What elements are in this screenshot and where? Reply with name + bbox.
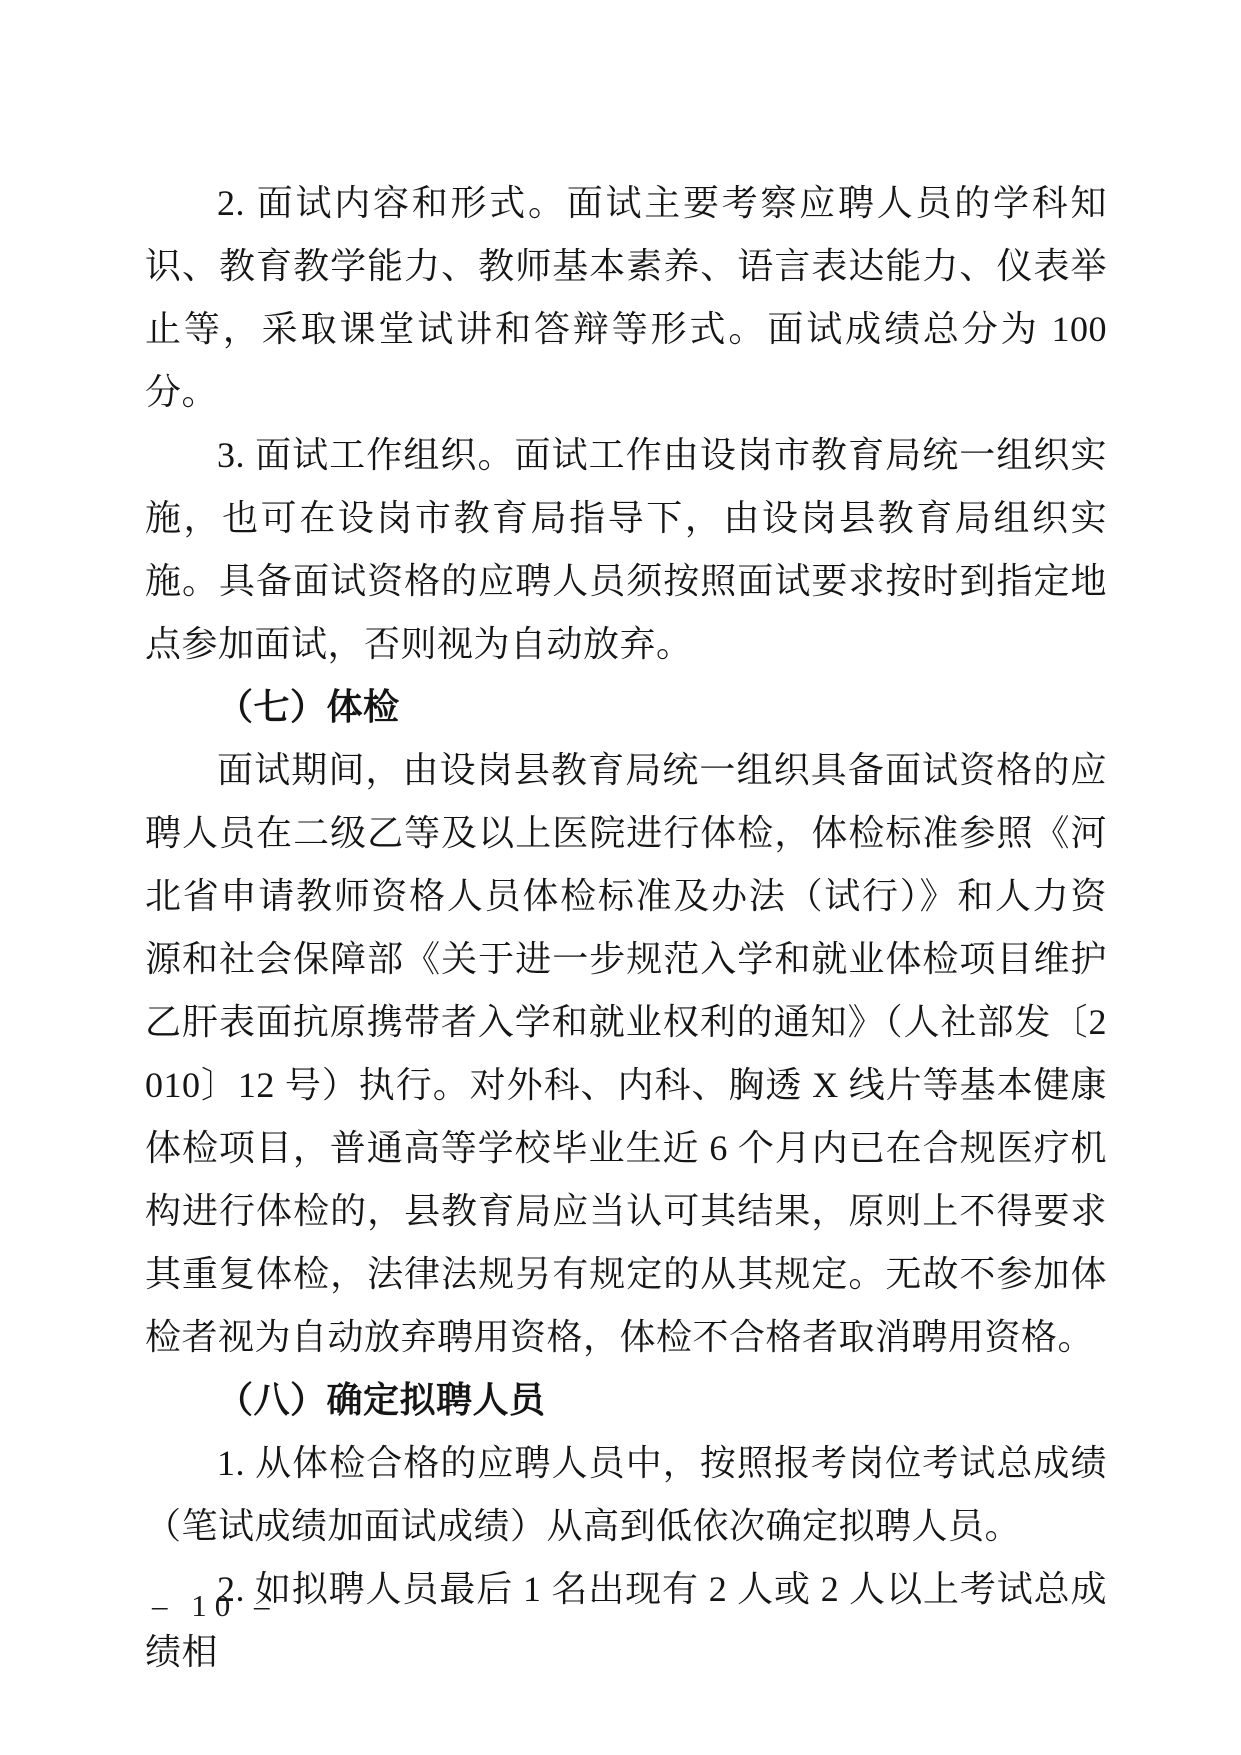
page-number: – 10 – [152, 1588, 278, 1624]
paragraph-physical-exam: 面试期间，由设岗县教育局统一组织具备面试资格的应聘人员在二级乙等及以上医院进行体… [145, 739, 1107, 1369]
paragraph-candidate-ranking: 1. 从体检合格的应聘人员中，按照报考岗位考试总成绩（笔试成绩加面试成绩）从高到… [145, 1432, 1107, 1558]
paragraph-interview-organization: 3. 面试工作组织。面试工作由设岗市教育局统一组织实施，也可在设岗市教育局指导下… [145, 424, 1107, 676]
section-heading-candidate-determination: （八）确定拟聘人员 [145, 1369, 1107, 1432]
document-page: 2. 面试内容和形式。面试主要考察应聘人员的学科知识、教育教学能力、教师基本素养… [0, 0, 1241, 1755]
document-body: 2. 面试内容和形式。面试主要考察应聘人员的学科知识、教育教学能力、教师基本素养… [145, 172, 1107, 1684]
section-heading-physical-exam: （七）体检 [145, 676, 1107, 739]
paragraph-tie-break: 2. 如拟聘人员最后 1 名出现有 2 人或 2 人以上考试总成绩相 [145, 1558, 1107, 1684]
paragraph-interview-content: 2. 面试内容和形式。面试主要考察应聘人员的学科知识、教育教学能力、教师基本素养… [145, 172, 1107, 424]
